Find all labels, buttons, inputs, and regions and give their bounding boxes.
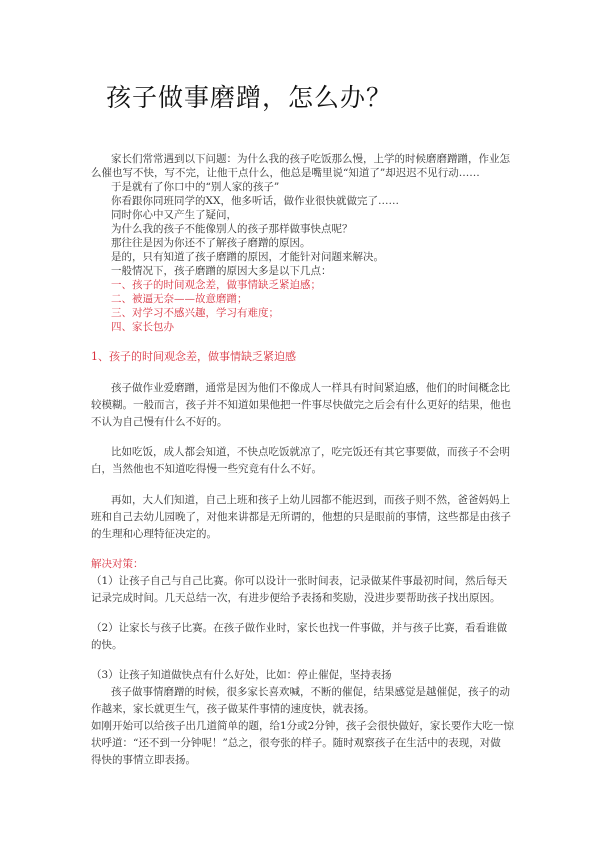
- paragraph-line: 白，当然他也不知道吃得慢一些究竟有什么不好。: [91, 462, 322, 476]
- intro-line: 是的，只有知道了孩子磨蹭的原因，才能针对问题来解决。: [111, 250, 384, 264]
- reason-item: 三、对学习不感兴趣，学习有难度；: [111, 306, 279, 320]
- reason-item: 四、家长包办: [111, 320, 174, 334]
- reason-item: 二、被逼无奈——故意磨蹭；: [111, 292, 248, 306]
- paragraph-line: 班和自己去幼儿园晚了，对他来讲都是无所谓的，他想的只是眼前的事情，这些都是由孩子: [91, 510, 511, 524]
- intro-line: 一般情况下，孩子磨蹭的原因大多是以下几点：: [111, 264, 332, 278]
- solution-line: 记录完成时间。几天总结一次，有进步便给予表扬和奖励，没进步要帮助孩子找出原因。: [91, 591, 501, 605]
- paragraph-line: 比如吃饭，成人都会知道，不快点吃饭就凉了，吃完饭还有其它事要做，而孩子不会明: [111, 445, 510, 459]
- intro-line: 家长们常常遇到以下问题：为什么我的孩子吃饭那么慢，上学的时候磨磨蹭蹭，作业怎: [111, 152, 510, 166]
- intro-line: 你看跟你同班同学的XX，他多听话，做作业很快就做完了……: [111, 194, 399, 208]
- intro-line: 同时你心中又产生了疑问，: [111, 208, 237, 222]
- paragraph-line: 的生理和心理特征决定的。: [91, 527, 217, 541]
- intro-line: 那往往是因为你还不了解孩子磨蹭的原因。: [111, 236, 311, 250]
- solution-line: 得快的事情立即表扬。: [91, 753, 196, 767]
- document-page: 孩子做事磨蹭，怎么办？ 家长们常常遇到以下问题：为什么我的孩子吃饭那么慢，上学的…: [0, 0, 596, 842]
- solution-line: 孩子做事情磨蹭的时候，很多家长喜欢喊，不断的催促，结果感觉是越催促，孩子的动: [111, 685, 510, 699]
- paragraph-line: 较模糊。一般而言，孩子并不知道如果他把一件事尽快做完之后会有什么更好的结果，他也: [91, 398, 511, 412]
- solution-line: 状呼道：“还不到一分钟呢！”总之，很夸张的样子。随时观察孩子在生活中的表现，对做: [91, 736, 501, 750]
- solution-line: 作越来，家长就更生气，孩子做某件事情的速度快，就表扬。: [91, 702, 375, 716]
- paragraph-line: 再如，大人们知道，自己上班和孩子上幼儿园都不能迟到，而孩子则不然，爸爸妈妈上: [111, 493, 510, 507]
- reason-item: 一、孩子的时间观念差，做事情缺乏紧迫感；: [111, 278, 321, 292]
- page-title: 孩子做事磨蹭，怎么办？: [106, 78, 392, 114]
- solution-line: 如刚开始可以给孩子出几道简单的题，给1分或2分钟，孩子会很快做好，家长要作大吃一…: [91, 719, 514, 733]
- solution-line: 的快。: [91, 638, 123, 652]
- solution-line: （1）让孩子自己与自己比赛。你可以设计一张时间表，记录做某件事最初时间，然后每天: [91, 574, 507, 588]
- intro-line: 于是就有了你口中的“别人家的孩子”: [111, 180, 279, 194]
- solution-line: （3）让孩子知道做快点有什么好处，比如：停止催促，坚持表扬: [91, 668, 392, 682]
- intro-line: 么催也写不快，写不完，让他干点什么，他总是嘴里说“知道了”却迟迟不见行动……: [91, 166, 480, 180]
- section-heading: 1、孩子的时间观念差，做事情缺乏紧迫感: [91, 350, 296, 364]
- intro-line: 为什么我的孩子不能像别人的孩子那样做事快点呢？: [111, 222, 353, 236]
- paragraph-line: 不认为自己慢有什么不好的。: [91, 415, 228, 429]
- solutions-label: 解决对策：: [91, 557, 144, 571]
- solution-line: （2）让家长与孩子比赛。在孩子做作业时，家长也找一件事做，并与孩子比赛，看看谁做: [91, 621, 507, 635]
- paragraph-line: 孩子做作业爱磨蹭，通常是因为他们不像成人一样具有时间紧迫感，他们的时间概念比: [111, 381, 510, 395]
